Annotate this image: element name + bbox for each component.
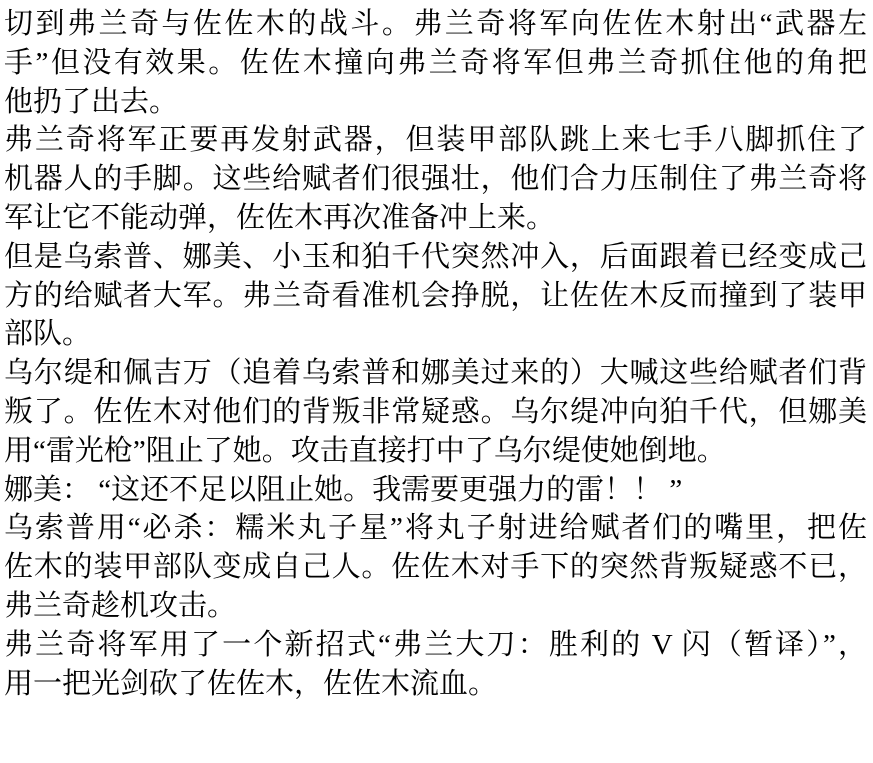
text-line: 他扔了出去。	[4, 83, 867, 122]
text-line: 乌索普用“必杀：糯米丸子星”将丸子射进给赋者们的嘴里，把佐	[4, 509, 867, 548]
text-line: 方的给赋者大军。弗兰奇看准机会挣脱，让佐佐木反而撞到了装甲	[4, 277, 867, 316]
document-page: 切到弗兰奇与佐佐木的战斗。弗兰奇将军向佐佐木射出“武器左 手”但没有效果。佐佐木…	[0, 0, 873, 763]
paragraph-6: 乌索普用“必杀：糯米丸子星”将丸子射进给赋者们的嘴里，把佐 佐木的装甲部队变成自…	[4, 509, 867, 625]
text-line: 佐木的装甲部队变成自己人。佐佐木对手下的突然背叛疑惑不已，	[4, 548, 867, 587]
text-line: 用“雷光枪”阻止了她。攻击直接打中了乌尔缇使她倒地。	[4, 432, 867, 471]
text-line: 乌尔缇和佩吉万（追着乌索普和娜美过来的）大喊这些给赋者们背	[4, 354, 867, 393]
text-line: 弗兰奇将军正要再发射武器，但装甲部队跳上来七手八脚抓住了	[4, 121, 867, 160]
text-line: 部队。	[4, 315, 867, 354]
text-line: 但是乌索普、娜美、小玉和狛千代突然冲入，后面跟着已经变成己	[4, 238, 867, 277]
text-line: 手”但没有效果。佐佐木撞向弗兰奇将军但弗兰奇抓住他的角把	[4, 44, 867, 83]
paragraph-4: 乌尔缇和佩吉万（追着乌索普和娜美过来的）大喊这些给赋者们背 叛了。佐佐木对他们的…	[4, 354, 867, 470]
text-line: 军让它不能动弹，佐佐木再次准备冲上来。	[4, 199, 867, 238]
paragraph-2: 弗兰奇将军正要再发射武器，但装甲部队跳上来七手八脚抓住了 机器人的手脚。这些给赋…	[4, 121, 867, 237]
text-line: 机器人的手脚。这些给赋者们很强壮，他们合力压制住了弗兰奇将	[4, 160, 867, 199]
paragraph-3: 但是乌索普、娜美、小玉和狛千代突然冲入，后面跟着已经变成己 方的给赋者大军。弗兰…	[4, 238, 867, 354]
text-line: 叛了。佐佐木对他们的背叛非常疑惑。乌尔缇冲向狛千代，但娜美	[4, 393, 867, 432]
text-line: 用一把光剑砍了佐佐木，佐佐木流血。	[4, 665, 867, 704]
text-line: 娜美： “这还不足以阻止她。我需要更强力的雷！！ ”	[4, 471, 867, 510]
paragraph-5: 娜美： “这还不足以阻止她。我需要更强力的雷！！ ”	[4, 471, 867, 510]
paragraph-1: 切到弗兰奇与佐佐木的战斗。弗兰奇将军向佐佐木射出“武器左 手”但没有效果。佐佐木…	[4, 5, 867, 121]
text-line: 切到弗兰奇与佐佐木的战斗。弗兰奇将军向佐佐木射出“武器左	[4, 5, 867, 44]
paragraph-7: 弗兰奇将军用了一个新招式“弗兰大刀：胜利的 V 闪（暂译）”， 用一把光剑砍了佐…	[4, 626, 867, 704]
text-line: 弗兰奇趁机攻击。	[4, 587, 867, 626]
text-line: 弗兰奇将军用了一个新招式“弗兰大刀：胜利的 V 闪（暂译）”，	[4, 626, 867, 665]
